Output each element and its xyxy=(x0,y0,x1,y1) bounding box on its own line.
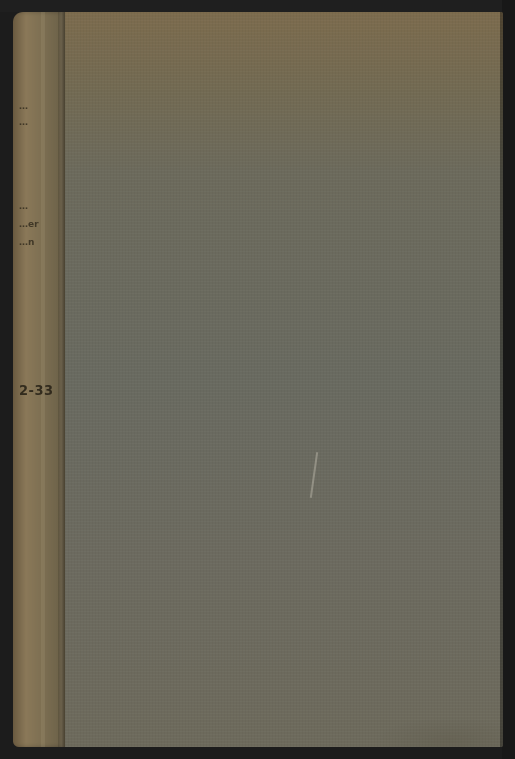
spine-label: … xyxy=(19,118,28,128)
book: … … … …er …n 2-33 xyxy=(13,12,503,747)
background-top xyxy=(0,0,515,12)
spine-ridge xyxy=(41,12,45,747)
front-cover xyxy=(65,12,503,747)
cloth-texture xyxy=(65,12,503,747)
spine-label: …n xyxy=(19,238,34,248)
spine-hinge xyxy=(58,12,65,747)
background-right xyxy=(502,0,515,759)
spine-volume-number: 2-33 xyxy=(19,384,54,399)
fore-edge xyxy=(500,12,503,747)
cover-stain xyxy=(373,717,503,747)
book-spine: … … … …er …n 2-33 xyxy=(13,12,65,747)
spine-label: … xyxy=(19,102,28,112)
spine-label: … xyxy=(19,202,28,212)
spine-label: …er xyxy=(19,220,39,230)
